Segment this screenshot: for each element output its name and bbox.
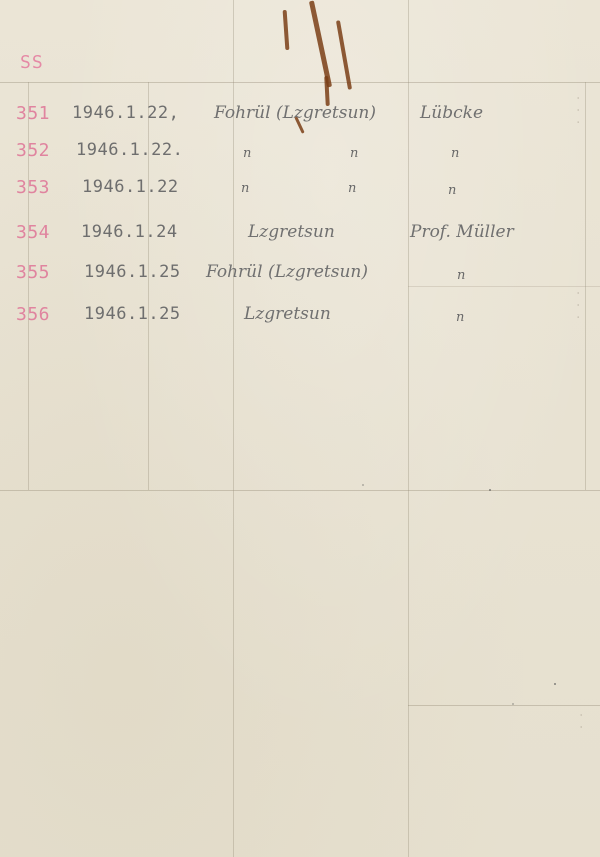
entry-date: 1946.1.24 — [81, 222, 178, 242]
faint-offset-mark: · · — [575, 712, 586, 730]
ditto-mark: n — [350, 146, 358, 161]
entry-date: 1946.1.22. — [76, 140, 183, 160]
ledger-row-351: 351 1946.1.22, Fohrül (Lzgretsun) Lübcke — [0, 103, 600, 133]
entry-subject: Fohrül (Lzgretsun) — [214, 103, 376, 123]
entry-number: 352 — [16, 140, 50, 161]
entry-number: 353 — [16, 177, 50, 198]
ink-stain-2 — [309, 0, 332, 87]
entry-date: 1946.1.25 — [84, 262, 181, 282]
ink-stain-3 — [336, 20, 352, 90]
faint-offset-mark: · · · — [572, 95, 583, 125]
ditto-mark: n — [348, 181, 356, 196]
entry-number: 351 — [16, 103, 50, 124]
ledger-row-354: 354 1946.1.24 Lzgretsun Prof. Müller — [0, 222, 600, 252]
ink-stain-1 — [283, 10, 290, 50]
entry-number: 356 — [16, 304, 50, 325]
entry-subject: Lzgretsun — [244, 304, 331, 324]
ditto-mark: n — [448, 183, 456, 198]
entry-number: 355 — [16, 262, 50, 283]
entry-subject: Fohrül (Lzgretsun) — [206, 262, 368, 282]
section-rule — [0, 490, 600, 491]
entry-subject: Lzgretsun — [248, 222, 335, 242]
ledger-row-352: 352 1946.1.22. n n n — [0, 140, 600, 170]
entry-remarks: Lübcke — [420, 103, 483, 123]
entry-number: 354 — [16, 222, 50, 243]
entry-date: 1946.1.25 — [84, 304, 181, 324]
paper-speck — [489, 489, 491, 491]
ledger-row-356: 356 1946.1.25 Lzgretsun n — [0, 304, 600, 334]
ledger-page: SS 351 1946.1.22, Fohrül (Lzgretsun) Lüb… — [0, 0, 600, 857]
series-label: SS — [20, 52, 44, 73]
paper-speck — [362, 484, 364, 486]
ditto-mark: n — [456, 310, 464, 325]
ledger-row-353: 353 1946.1.22 n n n — [0, 177, 600, 207]
header-rule — [0, 82, 600, 83]
ditto-mark: n — [451, 146, 459, 161]
lower-right-rule — [408, 705, 600, 706]
entry-date: 1946.1.22 — [82, 177, 179, 197]
paper-speck — [512, 703, 514, 705]
ditto-mark: n — [457, 268, 465, 283]
ditto-mark: n — [243, 146, 251, 161]
entry-remarks: Prof. Müller — [410, 222, 514, 242]
ditto-mark: n — [241, 181, 249, 196]
ledger-row-355: 355 1946.1.25 Fohrül (Lzgretsun) n — [0, 262, 600, 292]
paper-speck — [554, 683, 556, 685]
faint-offset-mark: · · · — [572, 290, 583, 320]
entry-date: 1946.1.22, — [72, 103, 179, 123]
